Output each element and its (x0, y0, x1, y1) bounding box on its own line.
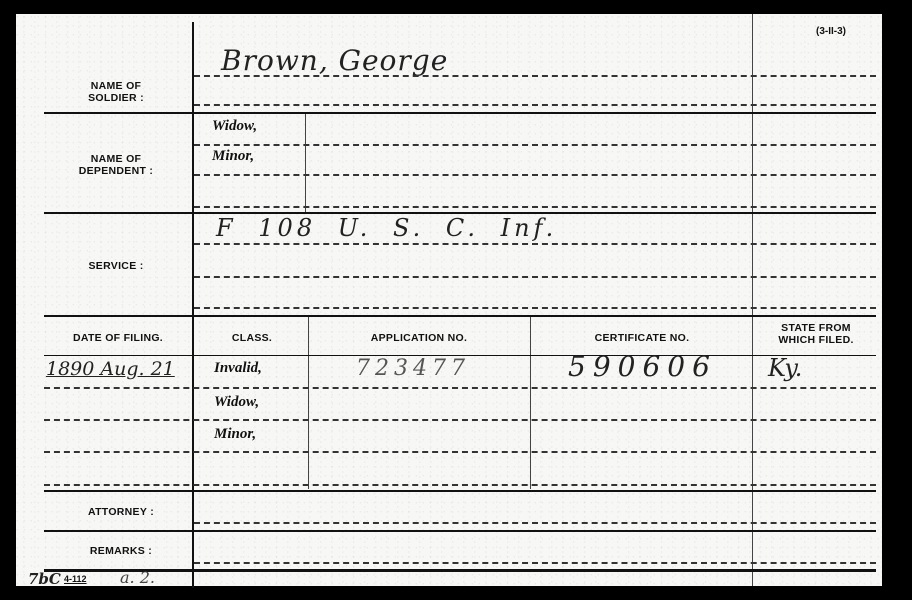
table-dotted-line-1 (44, 387, 876, 389)
row-application-no: 723477 (356, 356, 470, 381)
dependent-widow-label: Widow, (212, 118, 257, 135)
footer-handwritten-right: a. 2. (120, 568, 155, 587)
soldier-dotted-line-2 (194, 104, 876, 106)
remarks-label: REMARKS : (56, 545, 186, 557)
header-date-of-filing: DATE OF FILING. (44, 332, 192, 344)
remarks-dotted-line (194, 562, 876, 564)
class-label-invalid: Invalid, (214, 360, 262, 377)
class-label-widow: Widow, (214, 394, 259, 411)
header-state-line1: STATE FROM (756, 322, 876, 334)
soldier-label-line2: SOLDIER : (56, 92, 176, 104)
dependent-label-line1: NAME OF (56, 153, 176, 165)
right-column-divider (752, 14, 753, 586)
dependent-subcolumn-divider (305, 114, 306, 212)
table-dotted-line-2 (44, 419, 876, 421)
soldier-label-line1: NAME OF (56, 80, 176, 92)
header-state-line2: WHICH FILED. (756, 334, 876, 346)
remarks-row-divider (44, 569, 876, 572)
table-divider-class-application (308, 317, 309, 489)
row-date-of-filing: 1890 Aug. 21 (46, 358, 175, 380)
row-certificate-no: 590606 (568, 350, 717, 383)
service-value: F 108 U. S. C. Inf. (216, 214, 557, 242)
table-bottom-divider (44, 490, 876, 492)
dependent-dotted-line-3 (194, 206, 876, 208)
form-code: (3-II-3) (816, 26, 846, 37)
dependent-dotted-line-2 (194, 174, 876, 176)
row-state: Ky. (768, 354, 802, 382)
service-row-divider (44, 315, 876, 317)
class-label-minor: Minor, (214, 426, 256, 443)
label-column-divider (192, 22, 194, 588)
footer-handwritten-left: 7bC (28, 570, 61, 588)
table-dotted-line-3 (44, 451, 876, 453)
soldier-row-divider (44, 112, 876, 114)
header-class: CLASS. (196, 332, 308, 344)
dependent-minor-label: Minor, (212, 148, 254, 165)
table-divider-application-certificate (530, 317, 531, 489)
attorney-label: ATTORNEY : (56, 506, 186, 518)
footer-form-number: 4-112 (64, 574, 87, 584)
attorney-dotted-line (194, 522, 876, 524)
attorney-row-divider (44, 530, 876, 532)
soldier-name-value: Brown, George (221, 44, 448, 77)
table-dotted-line-4 (44, 484, 876, 486)
header-state-from-which-filed: STATE FROM WHICH FILED. (756, 322, 876, 346)
pension-index-card: (3-II-3) NAME OF SOLDIER : Brown, George… (16, 14, 882, 586)
service-dotted-line-2 (194, 276, 876, 278)
dependent-dotted-line-1 (194, 144, 876, 146)
dependent-label-line2: DEPENDENT : (56, 165, 176, 177)
soldier-label: NAME OF SOLDIER : (56, 80, 176, 104)
soldier-dotted-line-1 (194, 75, 876, 77)
service-dotted-line-3 (194, 307, 876, 309)
dependent-label: NAME OF DEPENDENT : (56, 153, 176, 177)
service-label: SERVICE : (56, 260, 176, 272)
service-dotted-line-1 (194, 243, 876, 245)
header-application-no: APPLICATION NO. (310, 332, 528, 344)
header-certificate-no: CERTIFICATE NO. (532, 332, 752, 344)
